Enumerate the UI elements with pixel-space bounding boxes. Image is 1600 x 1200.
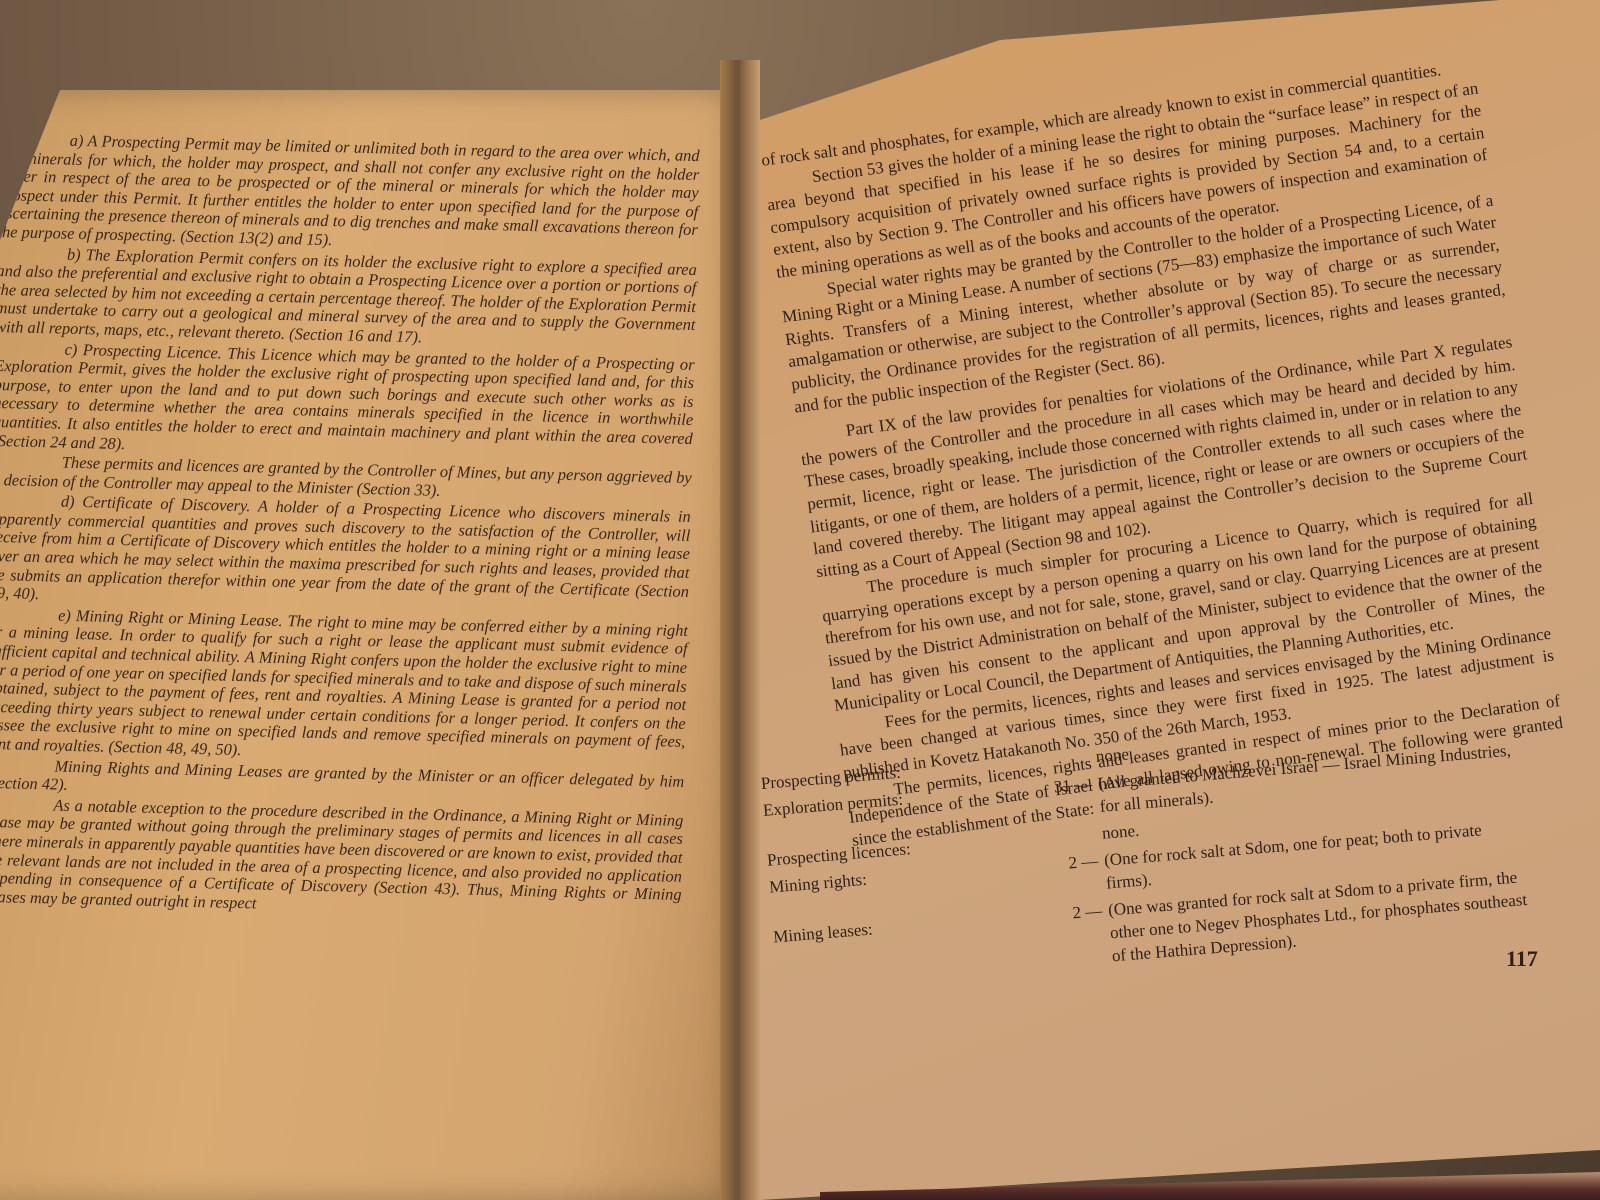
paragraph-label: d) (61, 492, 75, 511)
paragraph-text: A holder of a Prospecting Licence who di… (0, 497, 691, 604)
paragraph-text: may be limited or unlimited both in rega… (0, 135, 700, 249)
grant-count: 31 — (1051, 772, 1101, 822)
open-book: a) A Prospecting Permit may be limited o… (0, 0, 1600, 1200)
paragraph-label: b) (67, 244, 81, 263)
paragraph-exception: As a notable exception to the procedure … (0, 795, 684, 924)
grant-count (1049, 745, 1097, 772)
paragraph-b: b) The Exploration Permit confers on its… (0, 244, 697, 354)
paragraph-text: confers on its holder the exclusive righ… (0, 249, 697, 347)
left-page: a) A Prospecting Permit may be limited o… (0, 90, 750, 1200)
grant-count: 2 — (1061, 899, 1112, 971)
grant-count (1055, 822, 1103, 849)
paragraph-label: e) (58, 605, 71, 624)
paragraph-text: As a notable exception to the procedure … (0, 795, 684, 912)
paragraph-d: d) Certificate of Discovery. A holder of… (0, 491, 691, 620)
paragraph-e: e) Mining Right or Mining Lease. The rig… (0, 605, 688, 771)
grant-count: 2 — (1057, 849, 1107, 899)
left-page-text: a) A Prospecting Permit may be limited o… (0, 130, 700, 925)
page-number: 117 (1506, 946, 1538, 972)
paragraph-a: a) A Prospecting Permit may be limited o… (0, 130, 700, 259)
paragraph-text: This Licence which may be granted to the… (0, 343, 695, 452)
book-gutter (720, 60, 760, 1200)
paragraph-label: c) (64, 339, 77, 358)
paragraph-label: a) (70, 131, 84, 150)
paragraph-text: The right to mine may be conferred eithe… (0, 611, 688, 759)
paragraph-c: c) Prospecting Licence. This Licence whi… (0, 338, 695, 467)
